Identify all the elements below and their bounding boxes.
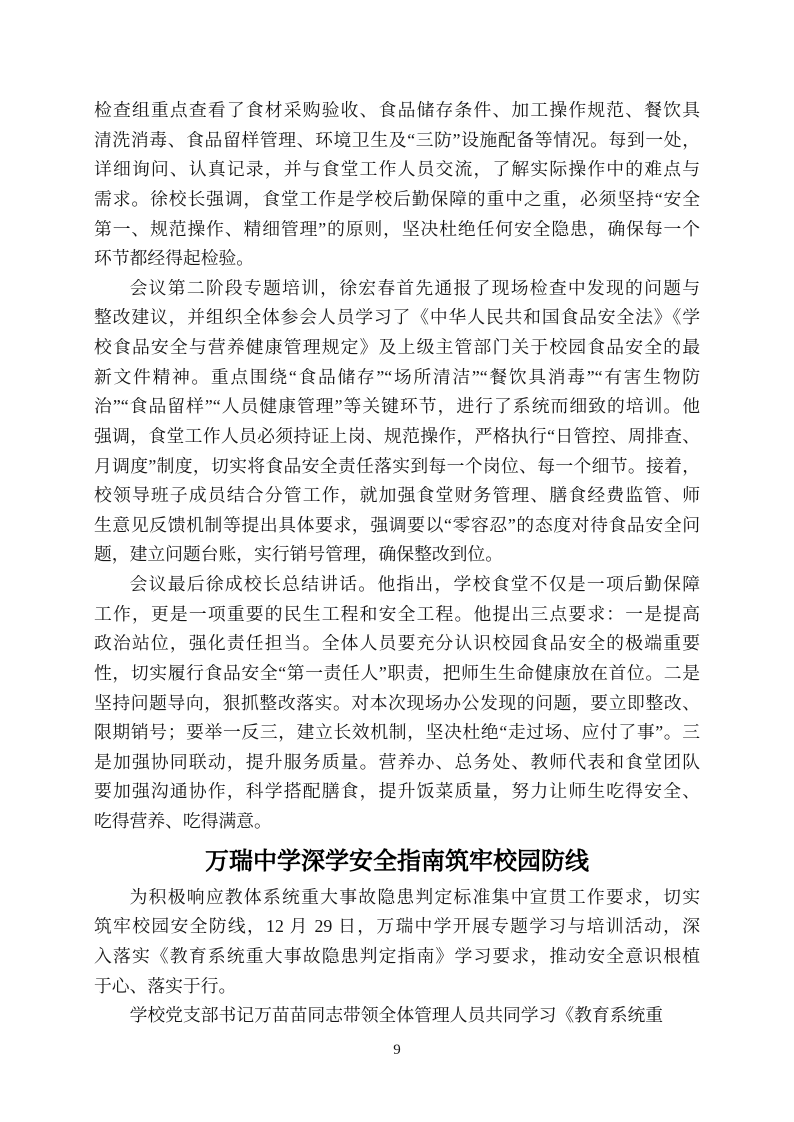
text-line: 新文件精神。重点围绕“食品储存”“场所清洁”“餐饮具消毒”“有害生物防 xyxy=(94,363,700,393)
text-line: 生意见反馈机制等提出具体要求，强调要以“零容忍”的态度对待食品安全问 xyxy=(94,511,700,541)
text-line: 强调，食堂工作人员必须持证上岗、规范操作，严格执行“日管控、周排查、 xyxy=(94,422,700,452)
text-line: 入落实《教育系统重大事故隐患判定指南》学习要求，推动安全意识根植 xyxy=(94,942,700,972)
text-line: 筑牢校园安全防线，12 月 29 日，万瑞中学开展专题学习与培训活动，深 xyxy=(94,912,700,942)
paragraph-party-secretary-study: 学校党支部书记万苗苗同志带领全体管理人员共同学习《教育系统重 xyxy=(94,1001,700,1031)
text-line: 吃得营养、吃得满意。 xyxy=(94,807,700,837)
text-line: 会议最后徐成校长总结讲话。他指出，学校食堂不仅是一项后勤保障 xyxy=(94,570,700,600)
paragraph-training-session: 会议第二阶段专题培训，徐宏春首先通报了现场检查中发现的问题与整改建议，并组织全体… xyxy=(94,274,700,570)
paragraph-inspection-summary: 检查组重点查看了食材采购验收、食品储存条件、加工操作规范、餐饮具清洗消毒、食品留… xyxy=(94,96,700,274)
text-line: 会议第二阶段专题培训，徐宏春首先通报了现场检查中发现的问题与 xyxy=(94,274,700,304)
text-line: 第一、规范操作、精细管理”的原则，坚决杜绝任何安全隐患，确保每一个 xyxy=(94,215,700,245)
page-number: 9 xyxy=(94,1041,700,1059)
text-line: 详细询问、认真记录，并与食堂工作人员交流，了解实际操作中的难点与 xyxy=(94,155,700,185)
text-line: 校领导班子成员结合分管工作，就加强食堂财务管理、膳食经费监管、师 xyxy=(94,481,700,511)
text-line: 月调度”制度，切实将食品安全责任落实到每一个岗位、每一个细节。接着， xyxy=(94,452,700,482)
text-line: 工作，更是一项重要的民生工程和安全工程。他提出三点要求：一是提高 xyxy=(94,600,700,630)
document-page: 检查组重点查看了食材采购验收、食品储存条件、加工操作规范、餐饮具清洗消毒、食品留… xyxy=(0,0,794,1122)
text-line: 环节都经得起检验。 xyxy=(94,244,700,274)
paragraph-safety-campaign-intro: 为积极响应教体系统重大事故隐患判定标准集中宣贯工作要求，切实筑牢校园安全防线，1… xyxy=(94,883,700,1002)
text-line: 是加强协同联动，提升服务质量。营养办、总务处、教师代表和食堂团队 xyxy=(94,748,700,778)
article-title: 万瑞中学深学安全指南筑牢校园防线 xyxy=(94,841,700,883)
text-line: 政治站位，强化责任担当。全体人员要充分认识校园食品安全的极端重要 xyxy=(94,629,700,659)
document-content: 检查组重点查看了食材采购验收、食品储存条件、加工操作规范、餐饮具清洗消毒、食品留… xyxy=(0,0,794,1059)
text-line: 整改建议，并组织全体参会人员学习了《中华人民共和国食品安全法》《学 xyxy=(94,303,700,333)
text-line: 于心、落实于行。 xyxy=(94,972,700,1002)
text-line: 要加强沟通协作，科学搭配膳食，提升饭菜质量，努力让师生吃得安全、 xyxy=(94,777,700,807)
text-line: 清洗消毒、食品留样管理、环境卫生及“三防”设施配备等情况。每到一处， xyxy=(94,126,700,156)
text-line: 题，建立问题台账，实行销号管理，确保整改到位。 xyxy=(94,540,700,570)
text-line: 性，切实履行食品安全“第一责任人”职责，把师生生命健康放在首位。二是 xyxy=(94,659,700,689)
text-line: 限期销号；要举一反三，建立长效机制，坚决杜绝“走过场、应付了事”。三 xyxy=(94,718,700,748)
text-line: 为积极响应教体系统重大事故隐患判定标准集中宣贯工作要求，切实 xyxy=(94,883,700,913)
text-line: 需求。徐校长强调，食堂工作是学校后勤保障的重中之重，必须坚持“安全 xyxy=(94,185,700,215)
text-line: 坚持问题导向，狠抓整改落实。对本次现场办公发现的问题，要立即整改、 xyxy=(94,689,700,719)
paragraph-principal-remarks: 会议最后徐成校长总结讲话。他指出，学校食堂不仅是一项后勤保障工作，更是一项重要的… xyxy=(94,570,700,837)
text-line: 治”“食品留样”“人员健康管理”等关键环节，进行了系统而细致的培训。他 xyxy=(94,392,700,422)
text-line: 校食品安全与营养健康管理规定》及上级主管部门关于校园食品安全的最 xyxy=(94,333,700,363)
text-line: 学校党支部书记万苗苗同志带领全体管理人员共同学习《教育系统重 xyxy=(94,1001,700,1031)
text-line: 检查组重点查看了食材采购验收、食品储存条件、加工操作规范、餐饮具 xyxy=(94,96,700,126)
